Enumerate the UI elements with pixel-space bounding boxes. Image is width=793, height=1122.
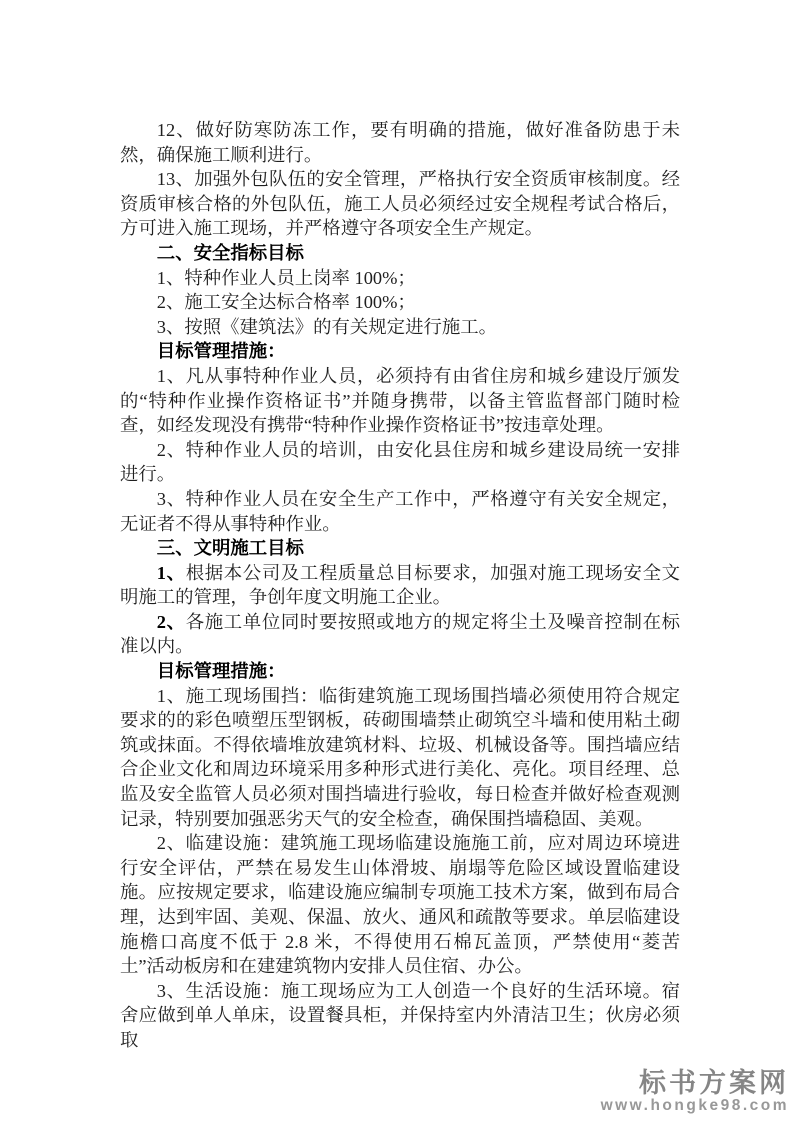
- text-run: 12、做好防寒防冻工作，要有明确的措施，做好准备防患于未然，确保施工顺利进行。: [120, 120, 680, 165]
- paragraph: 2、施工安全达标合格率 100%；: [120, 290, 680, 315]
- text-run: 2、临建设施：建筑施工现场临建设施施工前，应对周边环境进行安全评估，严禁在易发生…: [120, 833, 680, 976]
- section-heading: 三、文明施工目标: [120, 536, 680, 561]
- paragraph: 3、生活设施：施工现场应为工人创造一个良好的生活环境。宿舍应做到单人单床，设置餐…: [120, 979, 680, 1053]
- text-run: 2、施工安全达标合格率 100%；: [157, 292, 416, 312]
- watermark-title: 标书方案网: [601, 1069, 789, 1097]
- text-run: 3、特种作业人员在安全生产工作中，严格遵守有关安全规定，无证者不得从事特种作业。: [120, 489, 680, 534]
- bold-run: 目标管理措施：: [157, 660, 286, 681]
- text-run: 各施工单位同时要按照或地方的规定将尘土及噪音控制在标准以内。: [120, 612, 680, 657]
- paragraph: 1、根据本公司及工程质量总目标要求，加强对施工现场安全文明施工的管理，争创年度文…: [120, 561, 680, 610]
- section-heading: 目标管理措施：: [120, 659, 680, 684]
- text-run: 3、按照《建筑法》的有关规定进行施工。: [157, 317, 497, 337]
- text-run: 根据本公司及工程质量总目标要求，加强对施工现场安全文明施工的管理，争创年度文明施…: [120, 563, 680, 608]
- document-page: 12、做好防寒防冻工作，要有明确的措施，做好准备防患于未然，确保施工顺利进行。1…: [0, 0, 793, 1122]
- section-heading: 目标管理措施：: [120, 339, 680, 364]
- text-run: 1、凡从事特种作业人员，必须持有由省住房和城乡建设厅颁发的“特种作业操作资格证书…: [120, 366, 680, 435]
- text-run: 1、特种作业人员上岗率 100%；: [157, 268, 416, 288]
- section-heading: 二、安全指标目标: [120, 241, 680, 266]
- bold-run: 目标管理措施：: [157, 340, 286, 361]
- paragraph: 2、各施工单位同时要按照或地方的规定将尘土及噪音控制在标准以内。: [120, 610, 680, 659]
- paragraph: 13、加强外包队伍的安全管理，严格执行安全资质审核制度。经资质审核合格的外包队伍…: [120, 167, 680, 241]
- paragraph: 12、做好防寒防冻工作，要有明确的措施，做好准备防患于未然，确保施工顺利进行。: [120, 118, 680, 167]
- text-run: 1、施工现场围挡：临街建筑施工现场围挡墙必须使用符合规定要求的的彩色喷塑压型钢板…: [120, 686, 680, 829]
- text-run: 2、特种作业人员的培训，由安化县住房和城乡建设局统一安排进行。: [120, 440, 680, 485]
- paragraph: 3、特种作业人员在安全生产工作中，严格遵守有关安全规定，无证者不得从事特种作业。: [120, 487, 680, 536]
- bold-run: 二、安全指标目标: [157, 242, 304, 263]
- paragraph: 1、凡从事特种作业人员，必须持有由省住房和城乡建设厅颁发的“特种作业操作资格证书…: [120, 364, 680, 438]
- text-run: 3、生活设施：施工现场应为工人创造一个良好的生活环境。宿舍应做到单人单床，设置餐…: [120, 981, 680, 1050]
- bold-run: 1、: [157, 563, 186, 583]
- paragraph: 1、特种作业人员上岗率 100%；: [120, 266, 680, 291]
- paragraph: 2、临建设施：建筑施工现场临建设施施工前，应对周边环境进行安全评估，严禁在易发生…: [120, 831, 680, 979]
- document-body: 12、做好防寒防冻工作，要有明确的措施，做好准备防患于未然，确保施工顺利进行。1…: [120, 118, 680, 1053]
- site-watermark: 标书方案网 www.hongke98.com: [601, 1069, 789, 1114]
- watermark-url: www.hongke98.com: [601, 1098, 789, 1114]
- paragraph: 1、施工现场围挡：临街建筑施工现场围挡墙必须使用符合规定要求的的彩色喷塑压型钢板…: [120, 684, 680, 832]
- paragraph: 3、按照《建筑法》的有关规定进行施工。: [120, 315, 680, 340]
- paragraph: 2、特种作业人员的培训，由安化县住房和城乡建设局统一安排进行。: [120, 438, 680, 487]
- bold-run: 2、: [157, 612, 186, 632]
- bold-run: 三、文明施工目标: [157, 537, 304, 558]
- text-run: 13、加强外包队伍的安全管理，严格执行安全资质审核制度。经资质审核合格的外包队伍…: [120, 169, 680, 238]
